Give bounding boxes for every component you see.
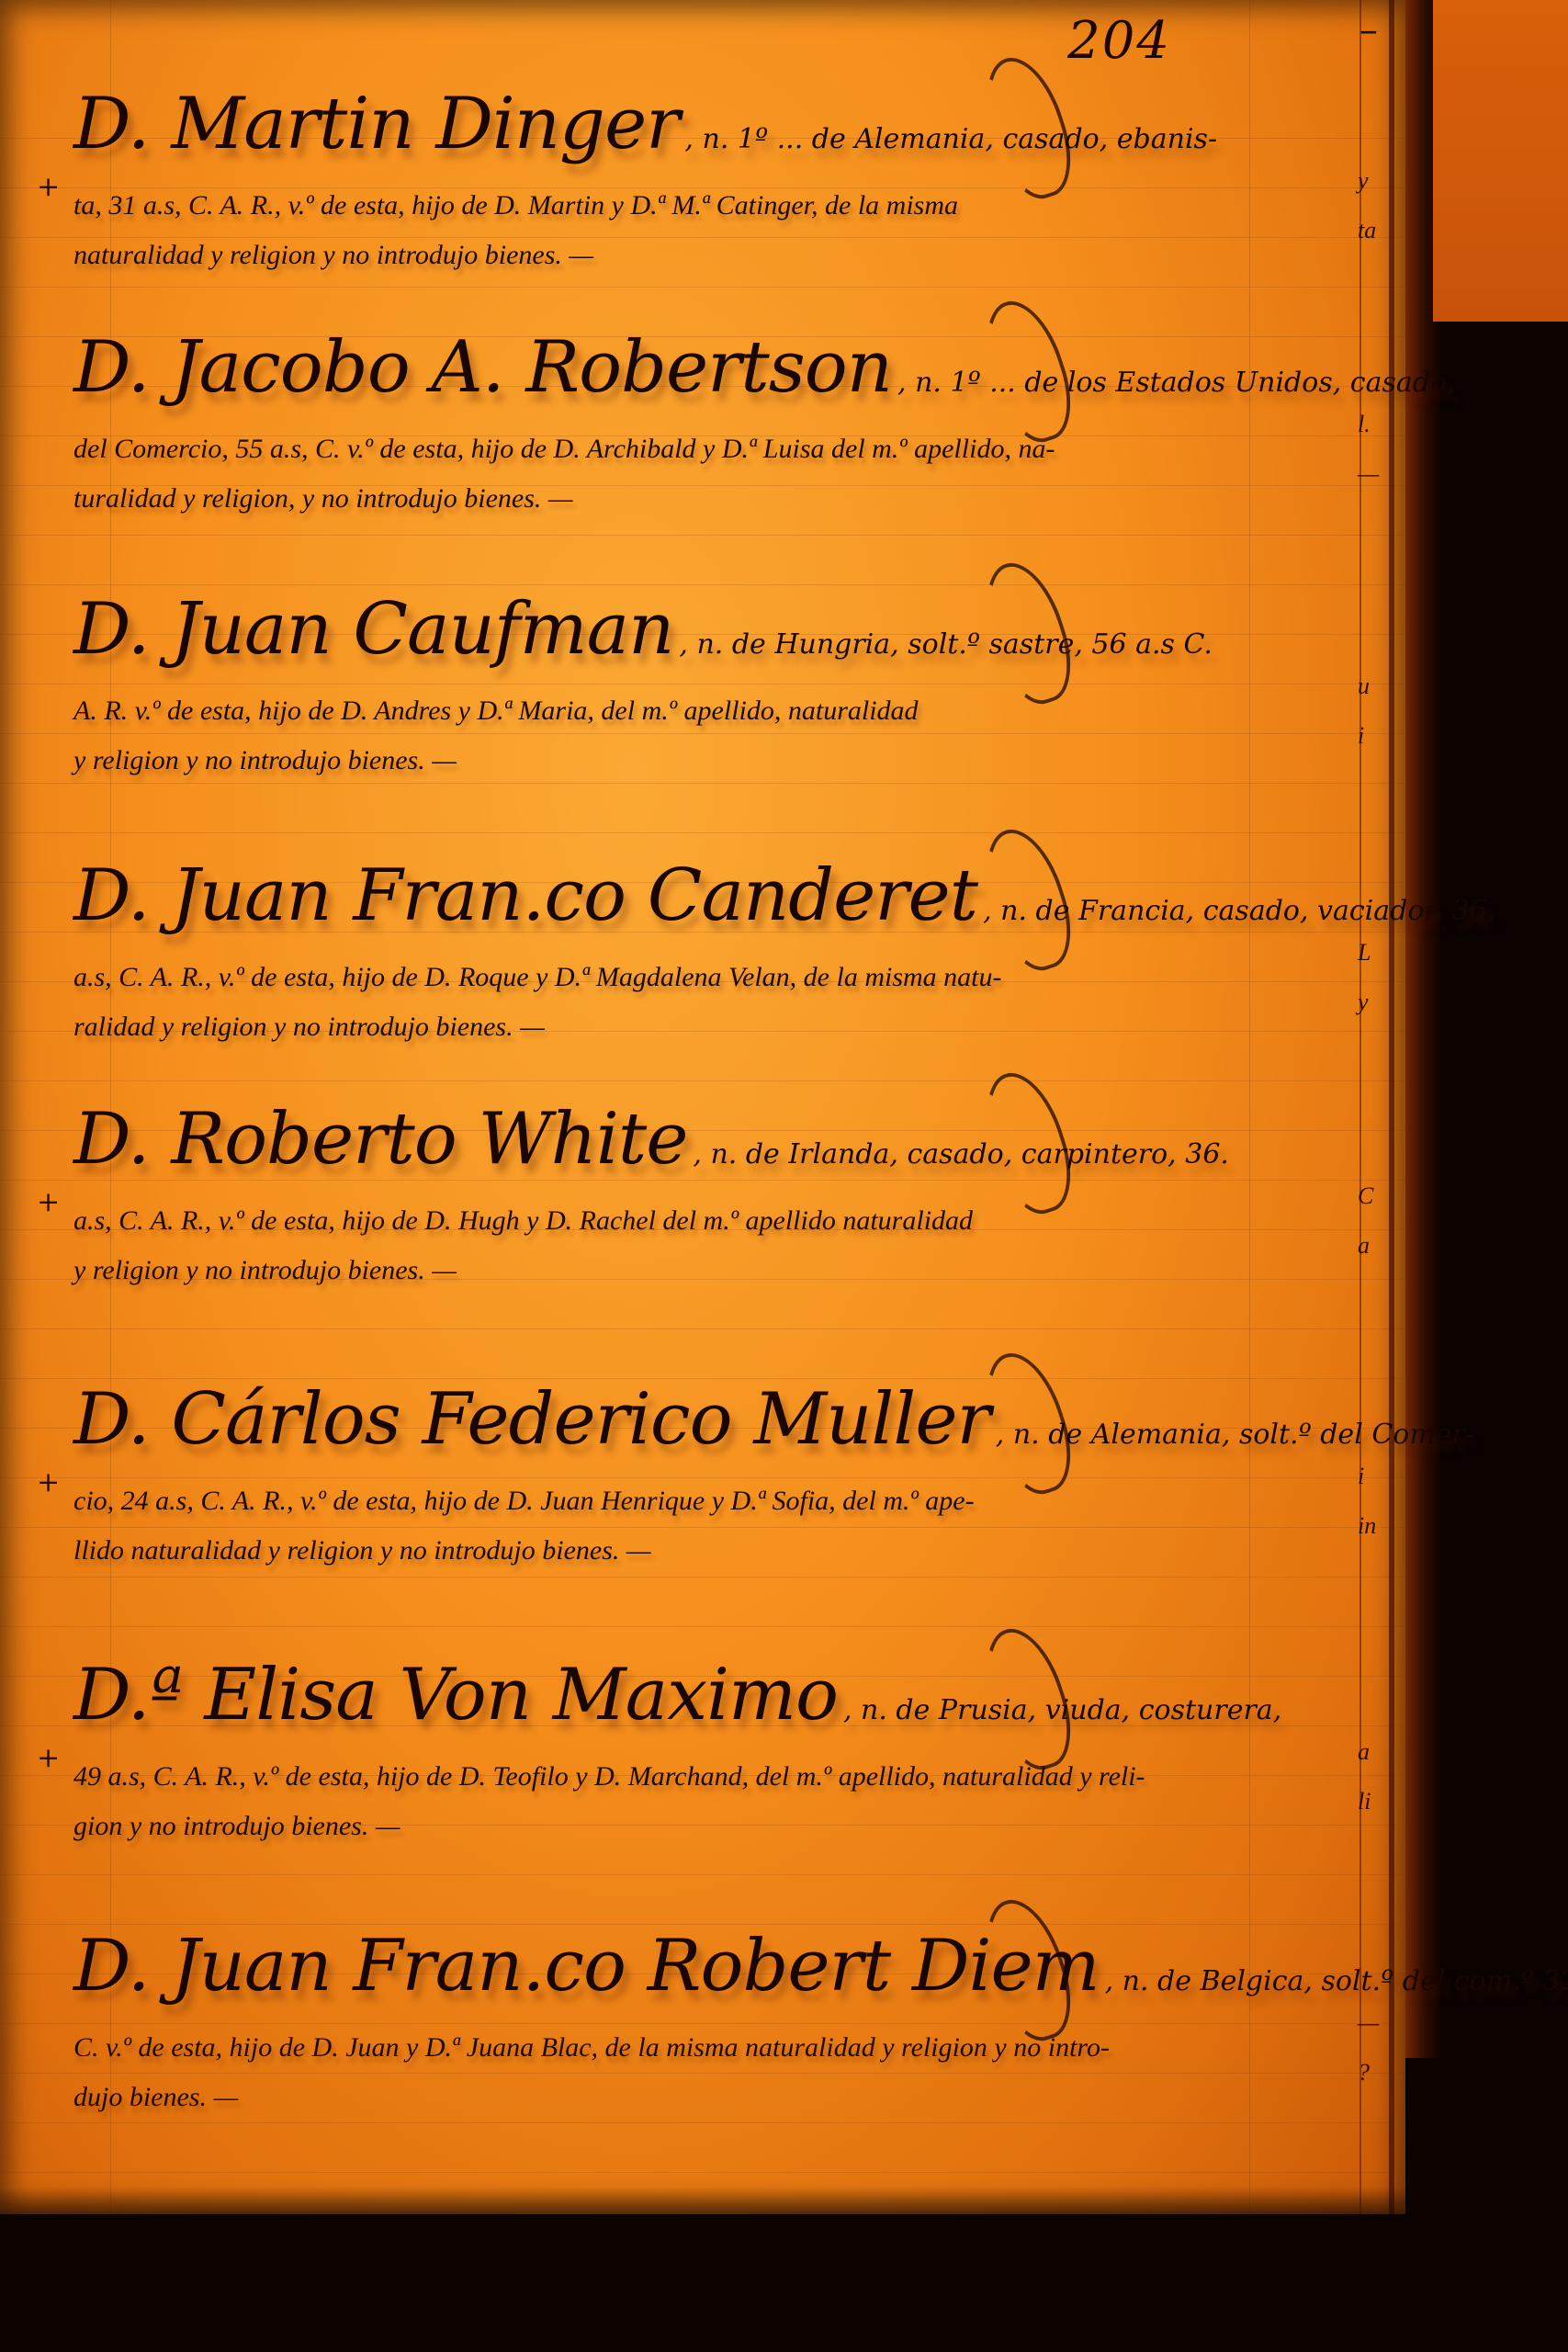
margin-note: ta [1358, 217, 1376, 244]
page-number: 204 [1067, 11, 1171, 71]
margin-note: y [1358, 167, 1369, 195]
page-number-mark: – [1359, 9, 1378, 51]
entry-line: dujo bienes. — [73, 2073, 1359, 2122]
ledger-line [0, 832, 1405, 833]
margin-note: l. [1358, 411, 1371, 438]
entry-name-text: D. Cárlos Federico Muller [73, 1378, 990, 1461]
register-entry: D. Roberto White, n. de Irlanda, casado,… [73, 1098, 1359, 1295]
register-entry: D. Martin Dinger, n. 1º ... de Alemania,… [73, 83, 1359, 280]
margin-note: — [1358, 2009, 1379, 2037]
ledger-line [0, 1329, 1405, 1329]
entry-name: D. Juan Fran.co Canderet, n. de Francia,… [73, 854, 1359, 953]
entry-name-text: D. Juan Fran.co Canderet [73, 854, 977, 937]
entry-line: 49 a.s, C. A. R., v.º de esta, hijo de D… [73, 1752, 1359, 1802]
register-page: 204 – D. Martin Dinger, n. 1º ... de Ale… [0, 0, 1405, 2214]
ledger-line [0, 1080, 1405, 1081]
margin-cross-mark: + [37, 1466, 60, 1498]
margin-note: ? [1358, 2059, 1370, 2086]
ledger-line [0, 1577, 1405, 1577]
ledger-line [0, 287, 1405, 288]
entry-name-continuation: , n. de Irlanda, casado, carpintero, 36. [693, 1138, 1229, 1170]
entry-name-text: D. Juan Fran.co Robert Diem [73, 1925, 1100, 2007]
entry-name-text: D. Jacobo A. Robertson [73, 326, 892, 409]
margin-note: a [1358, 1738, 1370, 1766]
adjacent-sheet-scrap [1433, 0, 1568, 322]
entry-name-text: D.ª Elisa Von Maximo [73, 1654, 838, 1736]
register-entry: D. Juan Fran.co Robert Diem, n. de Belgi… [73, 1925, 1359, 2122]
entry-name: D. Jacobo A. Robertson, n. 1º ... de los… [73, 326, 1359, 424]
register-entry: D. Juan Caufman, n. de Hungria, solt.º s… [73, 588, 1359, 786]
entry-line: y religion y no introdujo bienes. — [73, 1246, 1359, 1295]
margin-cross-mark: + [37, 1742, 60, 1774]
entry-line: naturalidad y religion y no introdujo bi… [73, 231, 1359, 280]
entry-name-continuation: , n. de Belgica, solt.º del com.º 32 a.s [1105, 1965, 1568, 1997]
margin-note: i [1358, 722, 1364, 750]
entry-line: C. v.º de esta, hijo de D. Juan y D.ª Ju… [73, 2023, 1359, 2073]
register-entry: D. Jacobo A. Robertson, n. 1º ... de los… [73, 326, 1359, 524]
ledger-line [0, 2122, 1405, 2123]
entry-name-text: D. Martin Dinger [73, 83, 679, 165]
ledger-line [0, 1874, 1405, 1875]
binding-edge [1389, 0, 1394, 2214]
entry-name-text: D. Juan Caufman [73, 588, 673, 671]
entry-line: llido naturalidad y religion y no introd… [73, 1526, 1359, 1576]
margin-note: y [1358, 989, 1369, 1016]
entry-name: D. Roberto White, n. de Irlanda, casado,… [73, 1098, 1359, 1196]
margin-note: li [1358, 1788, 1371, 1815]
entry-name: D. Cárlos Federico Muller, n. de Alemani… [73, 1378, 1359, 1476]
entry-line: cio, 24 a.s, C. A. R., v.º de esta, hijo… [73, 1476, 1359, 1526]
margin-note: L [1358, 939, 1371, 967]
page-bottom-shadow [0, 2187, 1415, 2242]
entry-name-continuation: , n. 1º ... de los Estados Unidos, casad… [897, 367, 1456, 399]
entry-name: D. Martin Dinger, n. 1º ... de Alemania,… [73, 83, 1359, 181]
margin-cross-mark: + [37, 1186, 60, 1218]
margin-note: in [1358, 1512, 1376, 1540]
entry-line: gion y no introdujo bienes. — [73, 1802, 1359, 1851]
margin-rule [1359, 0, 1361, 2214]
entry-name-continuation: , n. 1º ... de Alemania, casado, ebanis- [684, 123, 1217, 155]
entry-line: ta, 31 a.s, C. A. R., v.º de esta, hijo … [73, 181, 1359, 231]
margin-cross-mark: + [37, 171, 60, 203]
entry-name-continuation: , n. de Hungria, solt.º sastre, 56 a.s C… [679, 628, 1213, 661]
entry-name: D. Juan Fran.co Robert Diem, n. de Belgi… [73, 1925, 1359, 2023]
ledger-line [0, 2172, 1405, 2173]
entry-line: a.s, C. A. R., v.º de esta, hijo de D. R… [73, 953, 1359, 1002]
entry-name: D. Juan Caufman, n. de Hungria, solt.º s… [73, 588, 1359, 686]
entry-line: del Comercio, 55 a.s, C. v.º de esta, hi… [73, 424, 1359, 474]
margin-note: C [1358, 1182, 1373, 1210]
register-entry: D. Cárlos Federico Muller, n. de Alemani… [73, 1378, 1359, 1576]
ledger-line [0, 535, 1405, 536]
entry-line: ralidad y religion y no introdujo bienes… [73, 1002, 1359, 1052]
margin-note: u [1358, 673, 1370, 700]
register-entry: D. Juan Fran.co Canderet, n. de Francia,… [73, 854, 1359, 1052]
entry-name-text: D. Roberto White [73, 1098, 687, 1181]
ledger-line [0, 1626, 1405, 1627]
margin-note: i [1358, 1463, 1364, 1490]
entry-line: y religion y no introdujo bienes. — [73, 736, 1359, 786]
margin-note: — [1358, 460, 1379, 488]
entry-name: D.ª Elisa Von Maximo, n. de Prusia, viud… [73, 1654, 1359, 1752]
margin-note: a [1358, 1232, 1370, 1260]
entry-line: a.s, C. A. R., v.º de esta, hijo de D. H… [73, 1196, 1359, 1246]
ledger-line [0, 584, 1405, 585]
entry-line: turalidad y religion, y no introdujo bie… [73, 474, 1359, 524]
register-entry: D.ª Elisa Von Maximo, n. de Prusia, viud… [73, 1654, 1359, 1851]
entry-line: A. R. v.º de esta, hijo de D. Andres y D… [73, 686, 1359, 736]
